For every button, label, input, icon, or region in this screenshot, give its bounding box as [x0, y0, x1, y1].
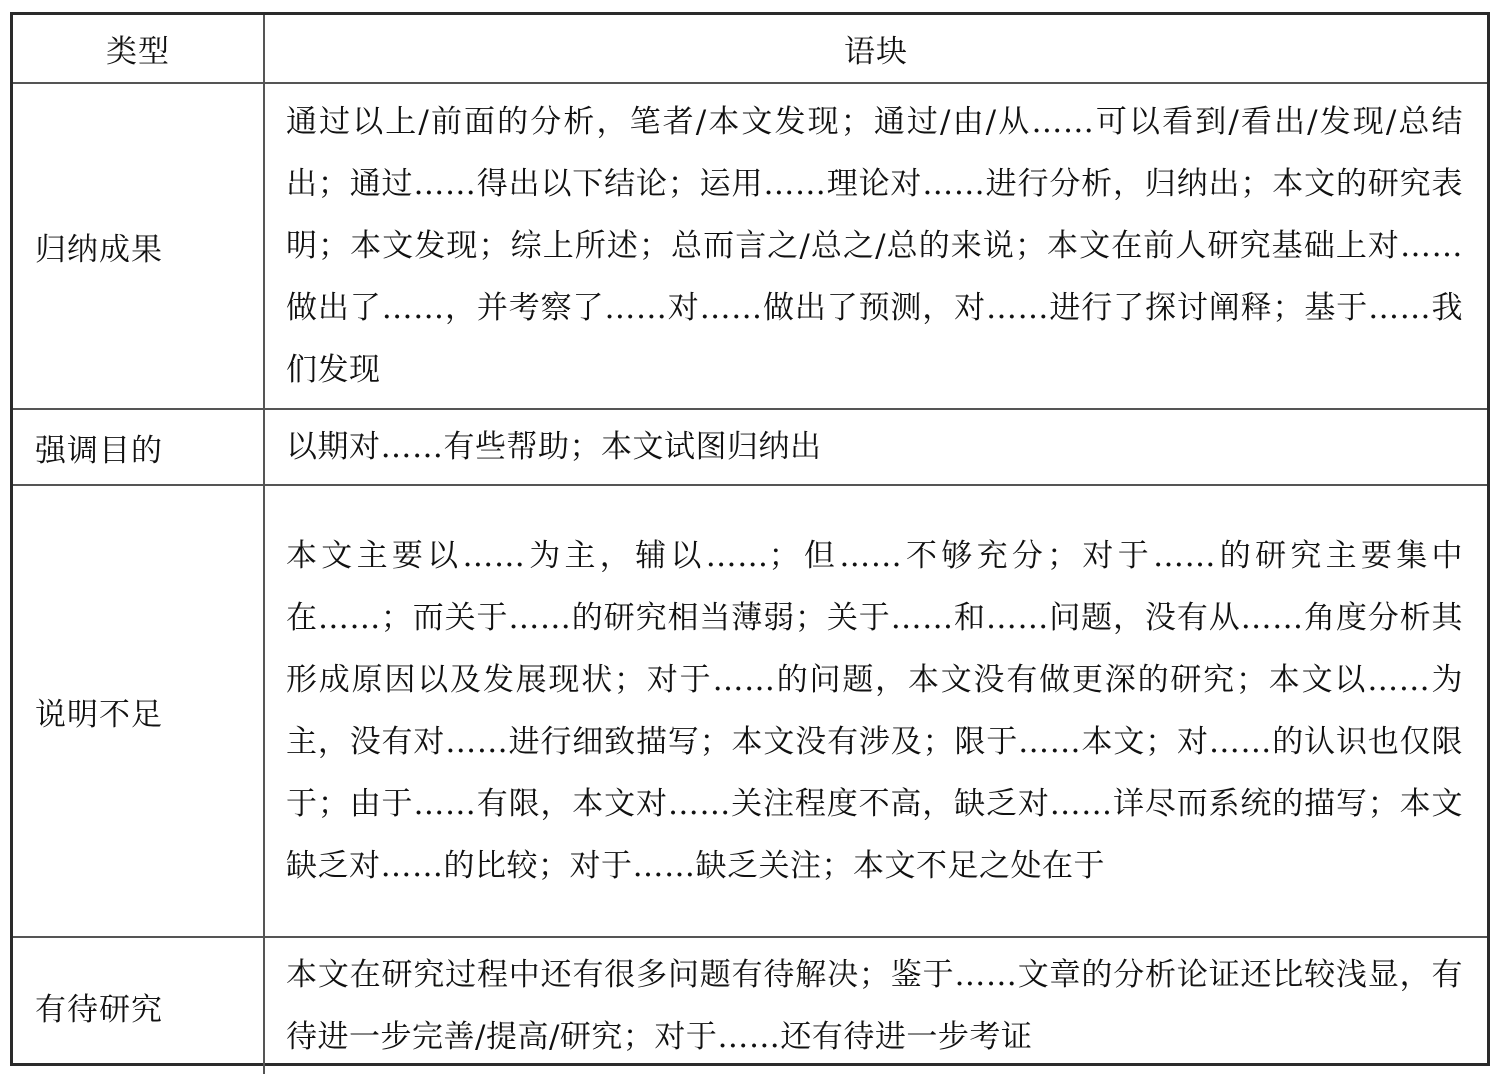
chunk-table: 类型 语块 归纳成果 通过以上/前面的分析，笔者/本文发现；通过/由/从……可以…: [10, 12, 1490, 1066]
table-row: 有待研究 本文在研究过程中还有很多问题有待解决；鉴于……文章的分析论证还比较浅显…: [13, 937, 1487, 1074]
row-type: 归纳成果: [13, 83, 264, 409]
chunk-table-grid: 类型 语块 归纳成果 通过以上/前面的分析，笔者/本文发现；通过/由/从……可以…: [13, 15, 1487, 1074]
table-row: 强调目的 以期对……有些帮助；本文试图归纳出: [13, 409, 1487, 485]
row-chunk: 本文主要以……为主，辅以……；但……不够充分；对于……的研究主要集中在……；而关…: [264, 485, 1487, 937]
row-type: 有待研究: [13, 937, 264, 1074]
row-type: 强调目的: [13, 409, 264, 485]
table-row: 归纳成果 通过以上/前面的分析，笔者/本文发现；通过/由/从……可以看到/看出/…: [13, 83, 1487, 409]
table-header-row: 类型 语块: [13, 15, 1487, 83]
header-chunk: 语块: [264, 15, 1487, 83]
table-row: 说明不足 本文主要以……为主，辅以……；但……不够充分；对于……的研究主要集中在…: [13, 485, 1487, 937]
row-chunk: 通过以上/前面的分析，笔者/本文发现；通过/由/从……可以看到/看出/发现/总结…: [264, 83, 1487, 409]
header-type: 类型: [13, 15, 264, 83]
row-chunk: 本文在研究过程中还有很多问题有待解决；鉴于……文章的分析论证还比较浅显，有待进一…: [264, 937, 1487, 1074]
row-type: 说明不足: [13, 485, 264, 937]
row-chunk: 以期对……有些帮助；本文试图归纳出: [264, 409, 1487, 485]
